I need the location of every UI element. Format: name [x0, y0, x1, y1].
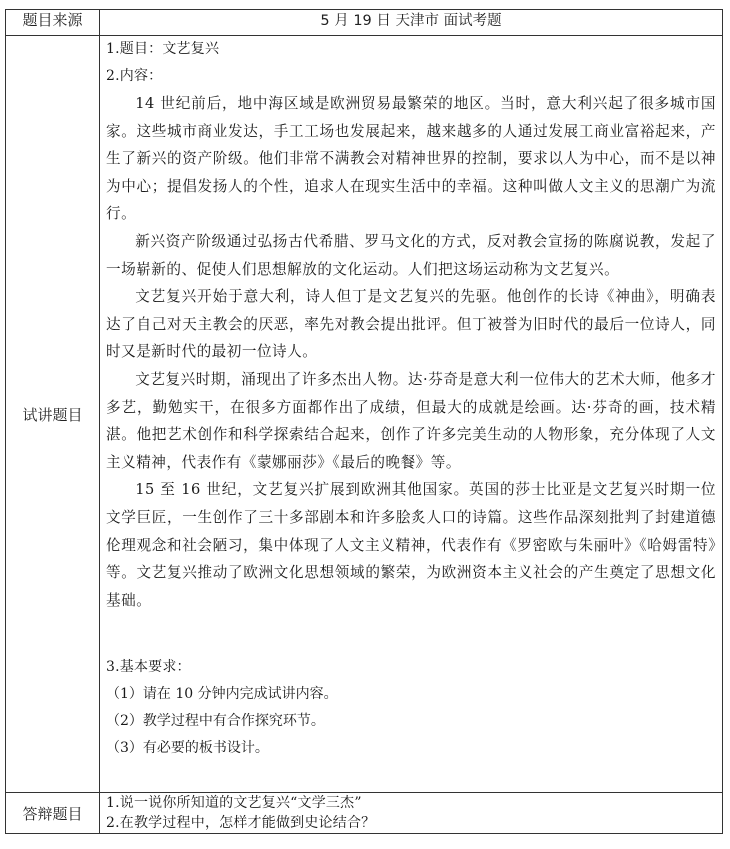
defense-content: 1.说一说你所知道的文艺复兴“文学三杰” 2.在教学过程中，怎样才能做到史论结合… — [100, 793, 723, 834]
exam-table: 题目来源 5 月 19 日 天津市 面试考题 试讲题目 1.题目：文艺复兴 2.… — [5, 9, 723, 834]
requirement-item: （2）教学过程中有合作探究环节。 — [106, 708, 716, 735]
header-row: 题目来源 5 月 19 日 天津市 面试考题 — [6, 10, 723, 36]
content-paragraph: 文艺复兴时期，涌现出了许多杰出人物。达·芬奇是意大利一位伟大的艺术大师，他多才多… — [106, 366, 716, 476]
lecture-row: 试讲题目 1.题目：文艺复兴 2.内容： 14 世纪前后，地中海区域是欧洲贸易最… — [6, 36, 723, 793]
defense-question: 1.说一说你所知道的文艺复兴“文学三杰” — [106, 793, 716, 813]
spacer — [106, 614, 716, 654]
requirement-item: （1）请在 10 分钟内完成试讲内容。 — [106, 681, 716, 708]
lecture-content: 1.题目：文艺复兴 2.内容： 14 世纪前后，地中海区域是欧洲贸易最繁荣的地区… — [100, 36, 723, 793]
requirements-heading: 3.基本要求： — [106, 654, 716, 681]
content-paragraph: 15 至 16 世纪，文艺复兴扩展到欧洲其他国家。英国的莎士比亚是文艺复兴时期一… — [106, 476, 716, 614]
content-heading: 2.内容： — [106, 63, 716, 90]
exam-title: 5 月 19 日 天津市 面试考题 — [100, 10, 723, 36]
defense-row: 答辩题目 1.说一说你所知道的文艺复兴“文学三杰” 2.在教学过程中，怎样才能做… — [6, 793, 723, 834]
defense-label: 答辩题目 — [6, 793, 100, 834]
content-paragraph: 文艺复兴开始于意大利，诗人但丁是文艺复兴的先驱。他创作的长诗《神曲》，明确表达了… — [106, 283, 716, 366]
content-paragraph: 14 世纪前后，地中海区域是欧洲贸易最繁荣的地区。当时，意大利兴起了很多城市国家… — [106, 90, 716, 228]
defense-question: 2.在教学过程中，怎样才能做到史论结合？ — [106, 813, 716, 833]
requirement-item: （3）有必要的板书设计。 — [106, 735, 716, 762]
content-paragraph: 新兴资产阶级通过弘扬古代希腊、罗马文化的方式，反对教会宣扬的陈腐说教，发起了一场… — [106, 228, 716, 283]
lecture-label: 试讲题目 — [6, 36, 100, 793]
source-label: 题目来源 — [6, 10, 100, 36]
lecture-topic: 1.题目：文艺复兴 — [106, 36, 716, 63]
